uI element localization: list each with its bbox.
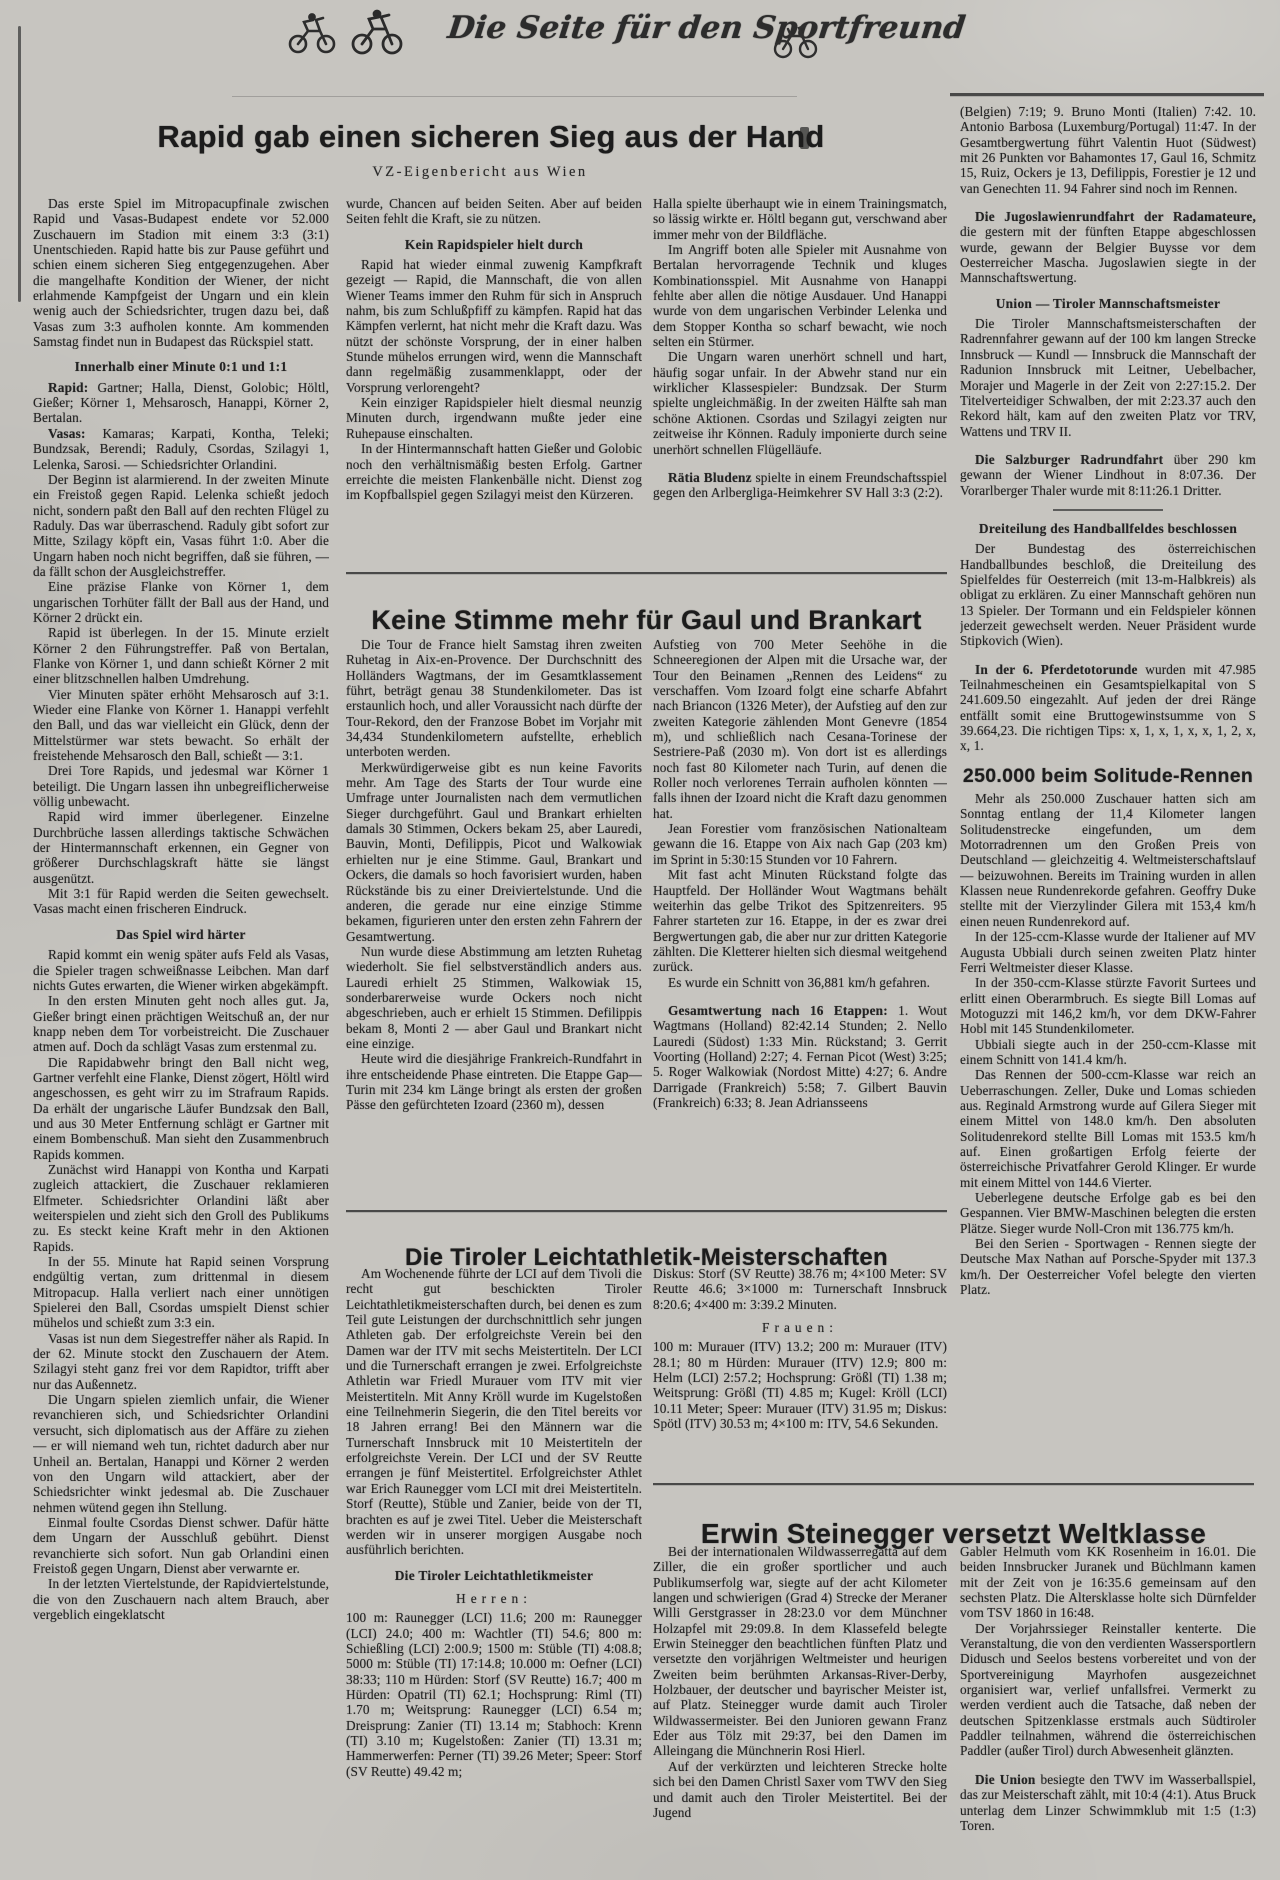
paragraph: Die Tour de France hielt Samstag ihren z… [346,637,642,760]
paragraph: Es wurde ein Schnitt von 36,881 km/h gef… [653,975,947,990]
rapid-column-1: Das erste Spiel im Mitropacupfinale zwis… [33,196,329,1878]
paragraph: In der letzten Viertelstunde, der Rapidv… [33,1576,329,1622]
paragraph: Mehr als 250.000 Zuschauer hatten sich a… [960,791,1256,929]
tour-column-2: Aufstieg von 700 Meter Seehöhe in die Sc… [653,637,947,1207]
byline: VZ-Eigenbericht aus Wien [230,164,730,181]
article-headline-rapid: Rapid gab einen sicheren Sieg aus der Ha… [35,119,947,155]
paragraph: Jean Forestier vom französischen Nationa… [653,821,947,867]
paragraph: In der 350-ccm-Klasse stürzte Favorit Su… [960,975,1256,1036]
article-headline-tour: Keine Stimme mehr für Gaul und Brankart [346,605,947,636]
column-headline: 250.000 beim Solitude-Rennen [960,769,1256,784]
paragraph: In der Hintermannschaft hatten Gießer un… [346,441,642,502]
paragraph: Gabler Helmuth vom KK Rosenheim in 16.01… [960,1544,1256,1621]
scan-artifact-line [18,26,21,302]
paragraph: Rapid kommt ein wenig später aufs Feld a… [33,947,329,993]
paragraph: Ueberlegene deutsche Erfolge gab es bei … [960,1190,1256,1236]
paragraph: 100 m: Murauer (ITV) 13.2; 200 m: Muraue… [653,1339,947,1431]
paragraph: Ubbiali siegte auch in der 250-ccm-Klass… [960,1037,1256,1068]
paragraph: Rätia Bludenz spielte in einem Freundsch… [653,470,947,501]
subheadline: Frauen: [653,1320,947,1335]
paragraph: Vier Minuten später erhöht Mehsarosch au… [33,687,329,764]
paragraph: Die Ungarn spielen ziemlich unfair, die … [33,1392,329,1515]
paragraph: Die Ungarn waren unerhört schnell und ha… [653,349,947,456]
subheadline: Kein Rapidspieler hielt durch [346,237,642,252]
paragraph: Kein einziger Rapidspieler hielt diesmal… [346,395,642,441]
subheadline: Das Spiel wird härter [33,927,329,942]
paragraph: Die Rapidabwehr bringt den Ball nicht we… [33,1055,329,1162]
sidebar-top-rule [950,93,1264,96]
paragraph: 100 m: Raunegger (LCI) 11.6; 200 m: Raun… [346,1610,642,1779]
steinegger-column-2: Gabler Helmuth vom KK Rosenheim in 16.01… [960,1544,1256,1878]
subheadline: Dreiteilung des Handballfeldes beschloss… [960,521,1256,536]
paragraph: Die Salzburger Radrundfahrt über 290 km … [960,452,1256,498]
section-divider [346,1210,947,1212]
paragraph: In der 125-ccm-Klasse wurde der Italiene… [960,929,1256,975]
paragraph: In den ersten Minuten geht noch alles gu… [33,993,329,1054]
paragraph: In der 55. Minute hat Rapid seinen Vorsp… [33,1254,329,1331]
subheadline: Die Tiroler Leichtathletikmeister [346,1568,642,1583]
paragraph: Bei der internationalen Wildwasserregatt… [653,1544,947,1759]
paragraph: Vasas: Kamaras; Karpati, Kontha, Teleki;… [33,426,329,472]
rapid-column-3: Halla spielte überhaupt wie in einem Tra… [653,196,947,574]
divider [1053,509,1163,511]
paragraph: Eine präzise Flanke von Körner 1, dem un… [33,579,329,625]
paragraph: Das erste Spiel im Mitropacupfinale zwis… [33,196,329,349]
athletics-column-1: Am Wochenende führte der LCI auf dem Tiv… [346,1266,642,1878]
paragraph: Halla spielte überhaupt wie in einem Tra… [653,196,947,242]
newspaper-page: Die Seite für den Sportfreund Rapid gab … [0,0,1280,1880]
athletics-column-2: Diskus: Storf (SV Reutte) 38.76 m; 4×100… [653,1266,947,1478]
paragraph: wurde, Chancen auf beiden Seiten. Aber a… [346,196,642,227]
sidebar-column: (Belgien) 7:19; 9. Bruno Monti (Italien)… [960,104,1256,1476]
paragraph: Bei den Serien - Sportwagen - Rennen sie… [960,1236,1256,1297]
section-divider [653,1483,1254,1485]
paragraph: Aufstieg von 700 Meter Seehöhe in die Sc… [653,637,947,821]
paragraph: Im Angriff boten alle Spieler mit Ausnah… [653,242,947,349]
paragraph: Zunächst wird Hanappi von Kontha und Kar… [33,1162,329,1254]
paragraph: Drei Tore Rapids, und jedesmal war Körne… [33,763,329,809]
paragraph: In der 6. Pferdetotorunde wurden mit 47.… [960,662,1256,754]
cyclist-icon [286,12,338,61]
scan-scuff-line [232,96,797,97]
bicycle-icon [772,22,818,65]
subheadline: Herren: [346,1591,642,1606]
paragraph: Vasas ist nun dem Siegestreffer näher al… [33,1331,329,1392]
subheadline: Innerhalb einer Minute 0:1 und 1:1 [33,359,329,374]
paragraph: Rapid wird immer überlegener. Einzelne D… [33,809,329,886]
paragraph: Mit 3:1 für Rapid werden die Seiten gewe… [33,886,329,917]
paragraph: Nun wurde diese Abstimmung am letzten Ru… [346,944,642,1051]
paragraph: Die Union besiegte den TWV im Wasserball… [960,1772,1256,1833]
paragraph: Einmal foulte Csordas Dienst schwer. Daf… [33,1515,329,1576]
paragraph: Der Bundestag des österreichischen Handb… [960,541,1256,648]
paragraph: Mit fast acht Minuten Rückstand folgte d… [653,867,947,974]
cyclist-icon [348,8,404,61]
paragraph: Heute wird die diesjährige Frankreich-Ru… [346,1051,642,1112]
paragraph: Die Jugoslawienrundfahrt der Radamateure… [960,209,1256,286]
paragraph: Gesamtwertung nach 16 Etappen: 1. Wout W… [653,1003,947,1110]
paragraph: Der Beginn ist alarmierend. In der zweit… [33,472,329,579]
paragraph: Am Wochenende führte der LCI auf dem Tiv… [346,1266,642,1558]
masthead-title: Die Seite für den Sportfreund [446,10,968,46]
subheadline: Union — Tiroler Mannschaftsmeister [960,296,1256,311]
tour-column-1: Die Tour de France hielt Samstag ihren z… [346,637,642,1207]
paragraph: Merkwürdigerweise gibt es nun keine Favo… [346,760,642,944]
section-divider [346,572,947,574]
paragraph: Rapid hat wieder einmal zuwenig Kampfkra… [346,257,642,395]
paragraph: Die Tiroler Mannschaftsmeisterschaften d… [960,316,1256,439]
paragraph: (Belgien) 7:19; 9. Bruno Monti (Italien)… [960,104,1256,196]
rapid-column-2: wurde, Chancen auf beiden Seiten. Aber a… [346,196,642,574]
steinegger-column-1: Bei der internationalen Wildwasserregatt… [653,1544,947,1878]
paragraph: Rapid ist überlegen. In der 15. Minute e… [33,625,329,686]
paragraph: Das Rennen der 500-ccm-Klasse war reich … [960,1067,1256,1190]
paragraph: Diskus: Storf (SV Reutte) 38.76 m; 4×100… [653,1266,947,1312]
paragraph: Der Vorjahrssieger Reinstaller kenterte.… [960,1621,1256,1759]
paragraph: Auf der verkürzten und leichteren Streck… [653,1759,947,1820]
paragraph: Rapid: Gartner; Halla, Dienst, Golobic; … [33,380,329,426]
